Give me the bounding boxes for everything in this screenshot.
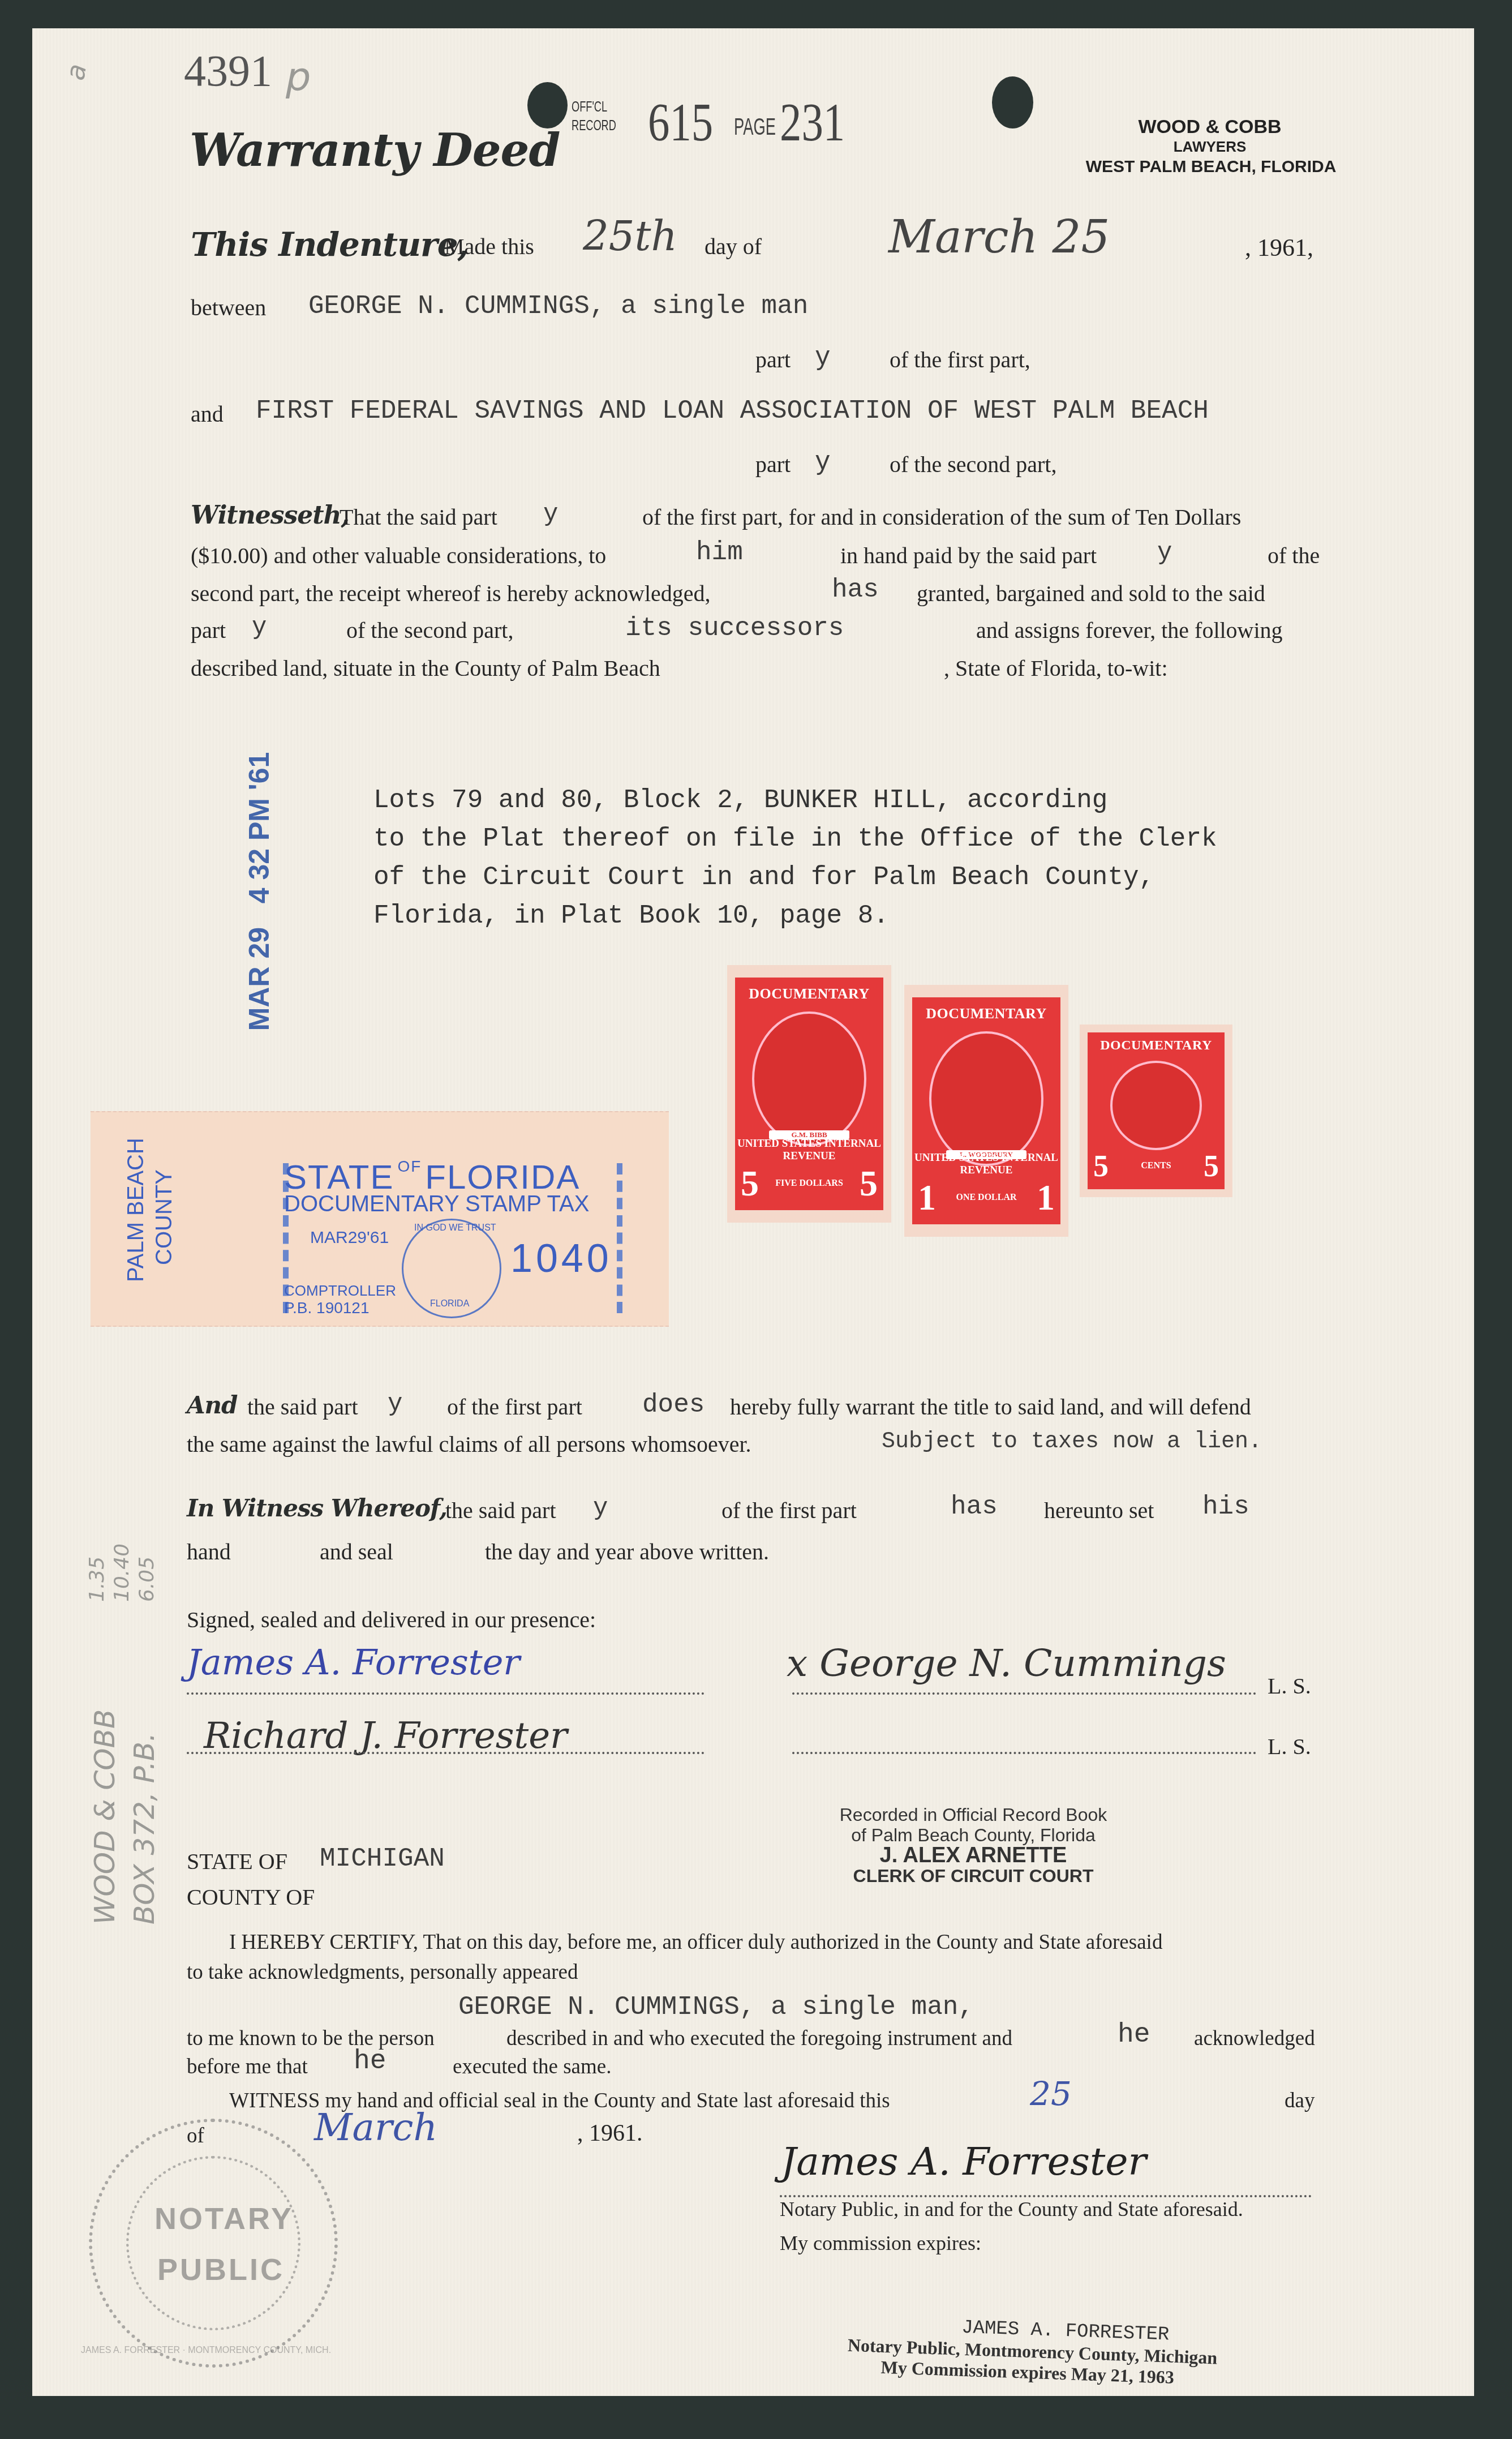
firm-city: WEST PALM BEACH, FLORIDA — [1036, 157, 1386, 177]
day-label: day — [1285, 2089, 1315, 2113]
party-suffix-2: y — [815, 448, 831, 477]
witnesseth-text: in hand paid by the said part — [840, 542, 1097, 569]
ls-label: L. S. — [1268, 1673, 1311, 1699]
fill-verb: does — [642, 1390, 705, 1420]
witnesseth-text: , State of Florida, to-wit: — [944, 655, 1168, 681]
page-number: 231 — [780, 91, 845, 153]
acknowledgment-text: to me known to be the person — [187, 2026, 435, 2051]
witness-month: March — [314, 2106, 437, 2149]
fill-party-suffix: y — [388, 1390, 402, 1418]
stamp-value-words: FIVE DOLLARS — [775, 1178, 843, 1189]
stamp-value-words: CENTS — [1141, 1161, 1171, 1171]
in-witness-text: the day and year above written. — [485, 1538, 769, 1565]
acknowledgment-text: executed the same. — [453, 2055, 611, 2079]
stamp-value: 1 — [918, 1177, 936, 1219]
fee-line: 10.40 — [110, 1544, 135, 1602]
in-witness-text: of the first part — [721, 1497, 857, 1524]
florida-seal-motto: IN GOD WE TRUST — [414, 1223, 496, 1233]
witness2-signature: Richard J. Forrester — [204, 1715, 568, 1757]
revenue-stamp-five-dollars: DOCUMENTARY G.M. BIBB UNITED STATES INTE… — [727, 965, 891, 1223]
tax-amount: 1040 — [510, 1236, 612, 1281]
stamp-agency: UNITED STATES INTERNAL REVENUE — [735, 1138, 883, 1163]
in-witness-text: and seal — [320, 1538, 393, 1565]
witnesseth-text: of the second part, — [346, 617, 513, 644]
stamp-denomination: 5FIVE DOLLARS5 — [735, 1163, 883, 1205]
revenue-stamp-five-cents: DOCUMENTARY 5CENTS5 — [1080, 1025, 1232, 1197]
clerk-name: J. ALEX ARNETTE — [815, 1845, 1132, 1866]
fill-verb: has — [951, 1492, 998, 1521]
witness1-signature-line — [187, 1692, 705, 1695]
witnesseth-lead: Witnesseth, — [191, 501, 349, 530]
grantor-signature-line — [792, 1692, 1256, 1695]
portrait-icon — [1110, 1061, 1202, 1150]
seal-center-bottom: PUBLIC — [157, 2252, 285, 2287]
stamp-header: DOCUMENTARY — [912, 1005, 1060, 1022]
in-witness-text: hereunto set — [1044, 1497, 1154, 1524]
stamp-header: DOCUMENTARY — [735, 985, 883, 1002]
in-witness-lead: In Witness Whereof, — [187, 1494, 447, 1522]
witnesseth-text: part — [191, 617, 226, 644]
legal-line: to the Plat thereof on file in the Offic… — [373, 820, 1217, 858]
notary-seal-icon: NOTARY PUBLIC JAMES A. FORRESTER · MONTM… — [89, 2119, 338, 2368]
record-label-line2: RECORD — [572, 116, 616, 135]
firm-subtitle: LAWYERS — [1097, 138, 1323, 156]
florida-stamp-tax-label: PALM BEACH COUNTY STATEOFFLORIDA DOCUMEN… — [91, 1111, 669, 1327]
witnesseth-text: second part, the receipt whereof is here… — [191, 580, 711, 607]
indenture-lead: This Indenture, — [191, 225, 469, 264]
witnesseth-text: granted, bargained and sold to the said — [917, 580, 1265, 607]
meter-number: P.B. 190121 — [284, 1299, 370, 1317]
fill-recipient: him — [696, 538, 743, 567]
fee-line: 1.35 — [85, 1544, 110, 1602]
stamp-agency: UNITED STATES INTERNAL REVENUE — [912, 1152, 1060, 1177]
county-line1: PALM BEACH — [122, 1138, 150, 1282]
fill-verb: has — [832, 575, 879, 605]
filing-time-stamp: MAR 29 4 32 PM '61 — [243, 752, 276, 1031]
revenue-stamp-one-dollar: DOCUMENTARY L. WOODBURY UNITED STATES IN… — [904, 985, 1068, 1237]
punch-hole-right — [992, 76, 1033, 128]
punch-hole-left — [527, 82, 568, 128]
witness2-signature-line — [187, 1752, 705, 1754]
between-label: between — [191, 294, 266, 321]
ls-label: L. S. — [1268, 1733, 1311, 1760]
page-label: PAGE — [734, 113, 776, 140]
margin-note-firm: WOOD & COBB BOX 372, P.B. — [85, 1709, 164, 1924]
recorded-stamp: Recorded in Official Record Book of Palm… — [815, 1804, 1132, 1886]
seal-outer-text: JAMES A. FORRESTER · MONTMORENCY COUNTY,… — [81, 2346, 331, 2356]
record-label-line1: OFF'CL — [572, 97, 616, 116]
made-this-label: Made this — [444, 233, 534, 260]
florida-date: MAR29'61 — [310, 1228, 389, 1248]
county-label: COUNTY OF — [187, 1884, 315, 1910]
witnesseth-text: and assigns forever, the following — [976, 617, 1283, 644]
notary-signature: James A. Forrester — [781, 2140, 1146, 2184]
warranty-text: the said part — [247, 1394, 358, 1420]
witness-year: , 1961. — [577, 2120, 643, 2147]
title-state: STATE — [284, 1158, 394, 1196]
state-value: MICHIGAN — [320, 1844, 445, 1874]
acknowledgment-text: I HEREBY CERTIFY, That on this day, befo… — [229, 1930, 1162, 1954]
fill-pronoun: his — [1202, 1492, 1249, 1521]
acknowledgment-text: before me that — [187, 2055, 308, 2079]
acknowledged-person: GEORGE N. CUMMINGS, a single man, — [458, 1992, 974, 2022]
stamp-value: 5 — [860, 1163, 878, 1205]
second-signature-line — [792, 1752, 1256, 1754]
warranty-text: of the first part — [447, 1394, 582, 1420]
witnesseth-text: of the — [1268, 542, 1320, 569]
acknowledgment-text: described in and who executed the forego… — [506, 2026, 1012, 2051]
witnesseth-text: of the first part, for and in considerat… — [642, 504, 1241, 530]
indenture-month: March 25 — [888, 211, 1110, 263]
party-suffix-1: y — [815, 343, 831, 372]
fill-party-suffix: y — [1157, 539, 1172, 567]
witness1-signature: James A. Forrester — [187, 1641, 520, 1683]
fill-party-suffix: y — [593, 1494, 608, 1523]
warranty-text: hereby fully warrant the title to said l… — [730, 1394, 1251, 1420]
fill-pronoun: he — [1118, 2020, 1150, 2050]
clerk-title: CLERK OF CIRCUIT COURT — [815, 1866, 1132, 1886]
fill-successors: its successors — [625, 614, 844, 643]
stamp-value: 5 — [1204, 1148, 1219, 1184]
legal-description: Lots 79 and 80, Block 2, BUNKER HILL, ac… — [373, 781, 1217, 935]
county-label: PALM BEACH COUNTY — [122, 1138, 178, 1282]
grantee-name: FIRST FEDERAL SAVINGS AND LOAN ASSOCIATI… — [256, 396, 1209, 426]
florida-title: STATEOFFLORIDA — [284, 1158, 580, 1197]
fee-line: 6.05 — [135, 1544, 160, 1602]
stamp-denomination: 5CENTS5 — [1088, 1148, 1225, 1184]
recorded-line2: of Palm Beach County, Florida — [815, 1825, 1132, 1845]
in-witness-text: the said part — [445, 1497, 556, 1524]
record-label: OFF'CL RECORD — [572, 97, 616, 135]
legal-line: Florida, in Plat Book 10, page 8. — [373, 897, 1217, 935]
county-line2: COUNTY — [150, 1138, 178, 1282]
recorded-line1: Recorded in Official Record Book — [815, 1804, 1132, 1825]
acknowledgment-text: to take acknowledgments, personally appe… — [187, 1960, 578, 1984]
florida-subtitle: DOCUMENTARY STAMP TAX — [284, 1191, 589, 1217]
portrait-icon — [929, 1031, 1043, 1166]
seal-center-top: NOTARY — [154, 2201, 294, 2236]
stamp-value: 1 — [1037, 1177, 1055, 1219]
comptroller-label: COMPTROLLER — [284, 1282, 396, 1300]
stamp-value: 5 — [1093, 1148, 1109, 1184]
record-book-number: 615 — [648, 91, 713, 153]
stamp-header: DOCUMENTARY — [1088, 1038, 1225, 1053]
and-label: and — [191, 401, 224, 427]
firm-name: WOOD & COBB — [1097, 116, 1323, 138]
stamp-value: 5 — [741, 1163, 759, 1205]
commission-label: My commission expires: — [780, 2231, 981, 2255]
portrait-icon — [752, 1011, 866, 1146]
florida-seal-name: FLORIDA — [430, 1299, 469, 1309]
indenture-day: 25th — [583, 212, 677, 260]
witness-day: 25 — [1030, 2074, 1072, 2113]
party-label-1: part — [755, 346, 791, 373]
margin-note-line1: WOOD & COBB — [85, 1709, 124, 1924]
margin-note-line2: BOX 372, P.B. — [124, 1709, 164, 1924]
warranty-typed-note: Subject to taxes now a lien. — [882, 1429, 1262, 1455]
margin-note-fees: 1.35 10.40 6.05 — [85, 1544, 160, 1602]
acknowledgment-text: acknowledged — [1194, 2026, 1315, 2051]
document-title: Warranty Deed — [190, 123, 560, 177]
indenture-year: , 1961, — [1245, 233, 1313, 262]
party-label-2: part — [755, 451, 791, 478]
witnesseth-text: described land, situate in the County of… — [191, 655, 660, 681]
warranty-lead: And — [187, 1391, 238, 1419]
warranty-text: the same against the lawful claims of al… — [187, 1431, 751, 1458]
title-of: OF — [397, 1158, 422, 1175]
pencil-initial: p — [286, 54, 311, 100]
fill-party-suffix: y — [543, 500, 558, 529]
grantor-name: GEORGE N. CUMMINGS, a single man — [308, 292, 808, 321]
state-label: STATE OF — [187, 1848, 287, 1875]
grantor-signature: x George N. Cummings — [787, 1641, 1226, 1685]
stamp-value-words: ONE DOLLAR — [956, 1193, 1016, 1203]
witnesseth-text: ($10.00) and other valuable consideratio… — [191, 542, 606, 569]
in-witness-text: hand — [187, 1538, 231, 1565]
signatures-heading: Signed, sealed and delivered in our pres… — [187, 1606, 596, 1633]
title-florida: FLORIDA — [425, 1158, 580, 1196]
stamp-denomination: 1ONE DOLLAR1 — [912, 1177, 1060, 1219]
day-of-label: day of — [705, 233, 762, 260]
notary-caption: Notary Public, in and for the County and… — [780, 2197, 1243, 2221]
fill-pronoun: he — [354, 2046, 386, 2077]
second-part-label: of the second part, — [890, 451, 1056, 478]
legal-line: Lots 79 and 80, Block 2, BUNKER HILL, ac… — [373, 781, 1217, 820]
first-part-label: of the first part, — [890, 346, 1030, 373]
instrument-number: 4391 — [184, 45, 272, 96]
legal-line: of the Circuit Court in and for Palm Bea… — [373, 858, 1217, 897]
fill-party-suffix: y — [252, 614, 267, 642]
seal-inner-ring — [126, 2156, 300, 2330]
witnesseth-text: That the said part — [340, 504, 497, 530]
